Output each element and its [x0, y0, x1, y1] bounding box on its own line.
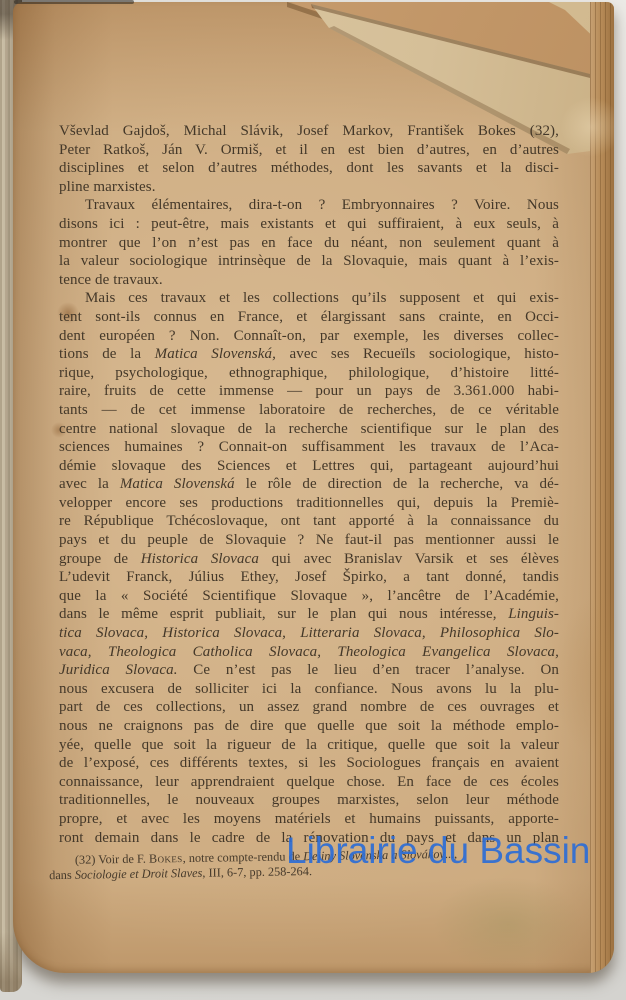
text-line: yée, quelle que soit la rigueur de la cr…: [59, 736, 559, 755]
text-line: dans le même esprit publiait, sur le pla…: [59, 605, 559, 624]
text-line: velopper encore ses productions traditio…: [59, 494, 559, 513]
book-page: Vševlad Gajdoš, Michal Slávik, Josef Mar…: [13, 2, 614, 973]
text-line: pays et du peuple de Slovaquie ? Ne faut…: [59, 531, 559, 550]
text-line: L’udevit Franck, Július Ethey, Josef Špi…: [59, 568, 559, 587]
text-line: la valeur sociologique intrinsèque de la…: [59, 252, 559, 271]
text-line: vaca, Theologica Catholica Slovaca, Theo…: [59, 643, 559, 662]
text-line: avec la Matica Slovenská le rôle de dire…: [59, 475, 559, 494]
text-line: sciences humaines ? Connait-on suffisamm…: [59, 438, 559, 457]
text-line: Mais ces travaux et les collections qu’i…: [59, 289, 559, 308]
text-line: disons ici : peut-être, mais existants e…: [59, 215, 559, 234]
text-line: démie slovaque des Sciences et Lettres q…: [59, 457, 559, 476]
text-line: dent européen ? Non. Connaît-on, par exe…: [59, 327, 559, 346]
text-line: propre, et avec les moyens matériels et …: [59, 810, 559, 829]
text-line: centre national slovaque de la recherche…: [59, 420, 559, 439]
page-surface: Vševlad Gajdoš, Michal Slávik, Josef Mar…: [13, 2, 614, 973]
text-line: rique, psychologique, ethnographique, ph…: [59, 364, 559, 383]
page-text: Vševlad Gajdoš, Michal Slávik, Josef Mar…: [59, 122, 559, 847]
text-line: groupe de Historica Slovaca qui avec Bra…: [59, 550, 559, 569]
text-line: re République Tchécoslovaque, ont tant a…: [59, 512, 559, 531]
text-line: tions de la Matica Slovenská, avec ses R…: [59, 345, 559, 364]
text-line: disciplines et selon d’autres méthodes, …: [59, 159, 559, 178]
text-line: tants — de cet immense laboratoire de re…: [59, 401, 559, 420]
text-line: Travaux élémentaires, dira-t-on ? Embryo…: [59, 196, 559, 215]
top-edge-shadow: [14, 0, 134, 4]
text-line: traditionnelles, le nouveaux groupes mar…: [59, 791, 559, 810]
text-line: Peter Ratkoš, Ján V. Ormiš, et il en est…: [59, 141, 559, 160]
text-line: de l’exposé, ces différents textes, si l…: [59, 754, 559, 773]
text-line: tence de travaux.: [59, 271, 559, 290]
text-line: nous excusera de solliciter ici la confi…: [59, 680, 559, 699]
text-line: part de ces collections, un assez grand …: [59, 698, 559, 717]
text-line: Juridica Slovaca. Ce n’est pas le lieu d…: [59, 661, 559, 680]
text-line: Vševlad Gajdoš, Michal Slávik, Josef Mar…: [59, 122, 559, 141]
text-line: tica Slovaca, Historica Slovaca, Littera…: [59, 624, 559, 643]
text-line: que la « Société Scientifique Slovaque »…: [59, 587, 559, 606]
text-line: tent sont-ils connus en France, et élarg…: [59, 308, 559, 327]
text-line: montrer que l’on n’est pas en face du né…: [59, 234, 559, 253]
text-line: connaissance, leur apprendraient quelque…: [59, 773, 559, 792]
text-line: raire, fruits de cette immense — pour un…: [59, 382, 559, 401]
paper-stain: [433, 877, 583, 972]
book-photo-background: Vševlad Gajdoš, Michal Slávik, Josef Mar…: [0, 0, 626, 1000]
text-line: pline marxistes.: [59, 178, 559, 197]
right-page-block-edge: [590, 2, 614, 973]
watermark: Librairie du Bassin: [286, 830, 590, 872]
text-line: nous ne craignons pas de dire que quelle…: [59, 717, 559, 736]
